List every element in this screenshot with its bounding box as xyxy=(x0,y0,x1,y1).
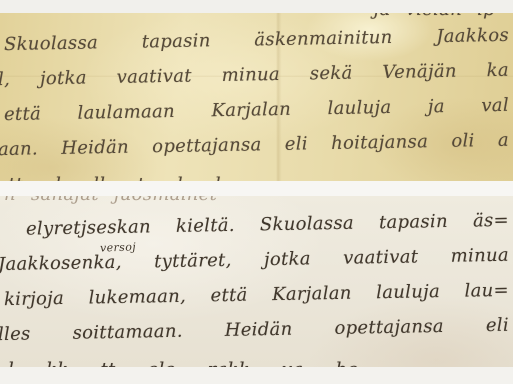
gap-band xyxy=(0,181,513,196)
handwriting-block-bottom: n sanajat juosmainet elyretjseskan kielt… xyxy=(0,196,513,367)
manuscript-fragment-top: ja vielän ip Skuolassa tapasin äskenmain… xyxy=(0,13,513,181)
handwriting-line-clipped-bottom: l kk tt ele rakk va he xyxy=(0,352,513,367)
handwriting-line-clipped-bottom: tt l ll t l l xyxy=(0,167,513,181)
manuscript-fragment-bottom: n sanajat juosmainet elyretjseskan kielt… xyxy=(0,196,513,367)
interlinear-insertion: versoj xyxy=(100,241,136,254)
top-margin-band xyxy=(0,0,513,13)
handwriting-block-top: ja vielän ip Skuolassa tapasin äskenmain… xyxy=(0,13,513,181)
bottom-margin-band xyxy=(0,367,513,384)
scanned-manuscript-image: ja vielän ip Skuolassa tapasin äskenmain… xyxy=(0,0,513,384)
